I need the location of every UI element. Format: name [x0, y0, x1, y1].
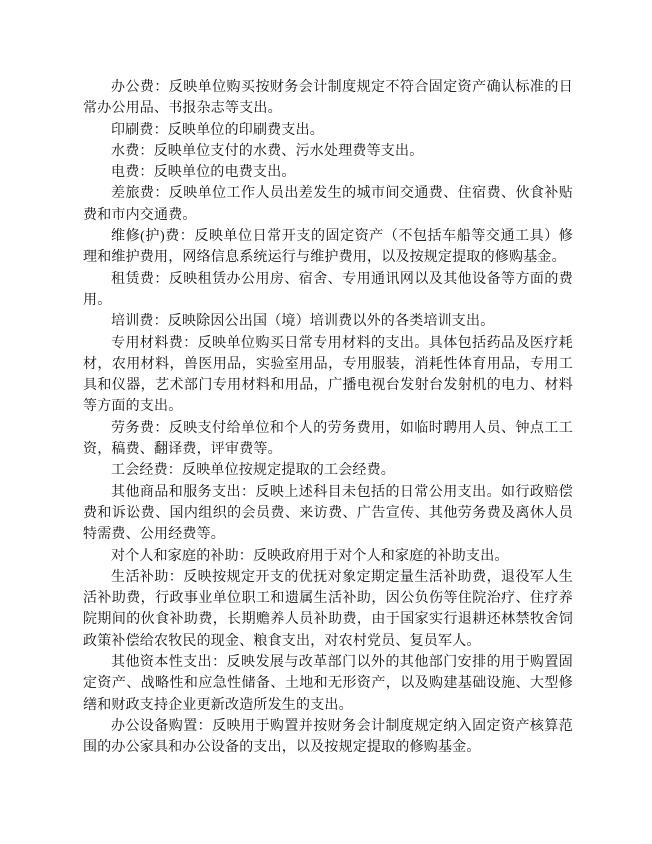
paragraph-labor-service-fee: 劳务费：反映支付给单位和个人的劳务费用，如临时聘用人员、钟点工工资，稿费、翻译费… — [83, 418, 573, 461]
paragraph-printing-fee: 印刷费：反映单位的印刷费支出。 — [83, 120, 573, 141]
paragraph-office-expenses: 办公费：反映单位购买按财务会计制度规定不符合固定资产确认标准的日常办公用品、书报… — [83, 77, 573, 120]
paragraph-travel-expenses: 差旅费：反映单位工作人员出差发生的城市间交通费、住宿费、伙食补贴费和市内交通费。 — [83, 183, 573, 226]
paragraph-office-equipment-purchase: 办公设备购置：反映用于购置并按财务会计制度规定纳入固定资产核算范围的办公家具和办… — [83, 716, 573, 759]
paragraph-electricity-fee: 电费：反映单位的电费支出。 — [83, 162, 573, 183]
paragraph-other-capital-expenditure: 其他资本性支出：反映发展与改革部门以外的其他部门安排的用于购置固定资产、战略性和… — [83, 652, 573, 716]
paragraph-union-funds: 工会经费：反映单位按规定提取的工会经费。 — [83, 460, 573, 481]
paragraph-training-fee: 培训费：反映除因公出国（境）培训费以外的各类培训支出。 — [83, 311, 573, 332]
document-page: 办公费：反映单位购买按财务会计制度规定不符合固定资产确认标准的日常办公用品、书报… — [0, 0, 652, 844]
paragraph-rental-fee: 租赁费：反映租赁办公用房、宿舍、专用通讯网以及其他设备等方面的费用。 — [83, 269, 573, 312]
paragraph-water-fee: 水费：反映单位支付的水费、污水处理费等支出。 — [83, 141, 573, 162]
paragraph-living-allowance: 生活补助：反映按规定开支的优抚对象定期定量生活补助费，退役军人生活补助费，行政事… — [83, 567, 573, 652]
paragraph-subsidies-individuals-families: 对个人和家庭的补助：反映政府用于对个人和家庭的补助支出。 — [83, 546, 573, 567]
paragraph-other-goods-services: 其他商品和服务支出：反映上述科目未包括的日常公用支出。如行政赔偿费和诉讼费、国内… — [83, 482, 573, 546]
paragraph-maintenance-fee: 维修(护)费：反映单位日常开支的固定资产（不包括车船等交通工具）修理和维护费用，… — [83, 226, 573, 269]
document-text-block: 办公费：反映单位购买按财务会计制度规定不符合固定资产确认标准的日常办公用品、书报… — [83, 77, 573, 759]
paragraph-special-materials-fee: 专用材料费：反映单位购买日常专用材料的支出。具体包括药品及医疗耗材，农用材料，兽… — [83, 333, 573, 418]
